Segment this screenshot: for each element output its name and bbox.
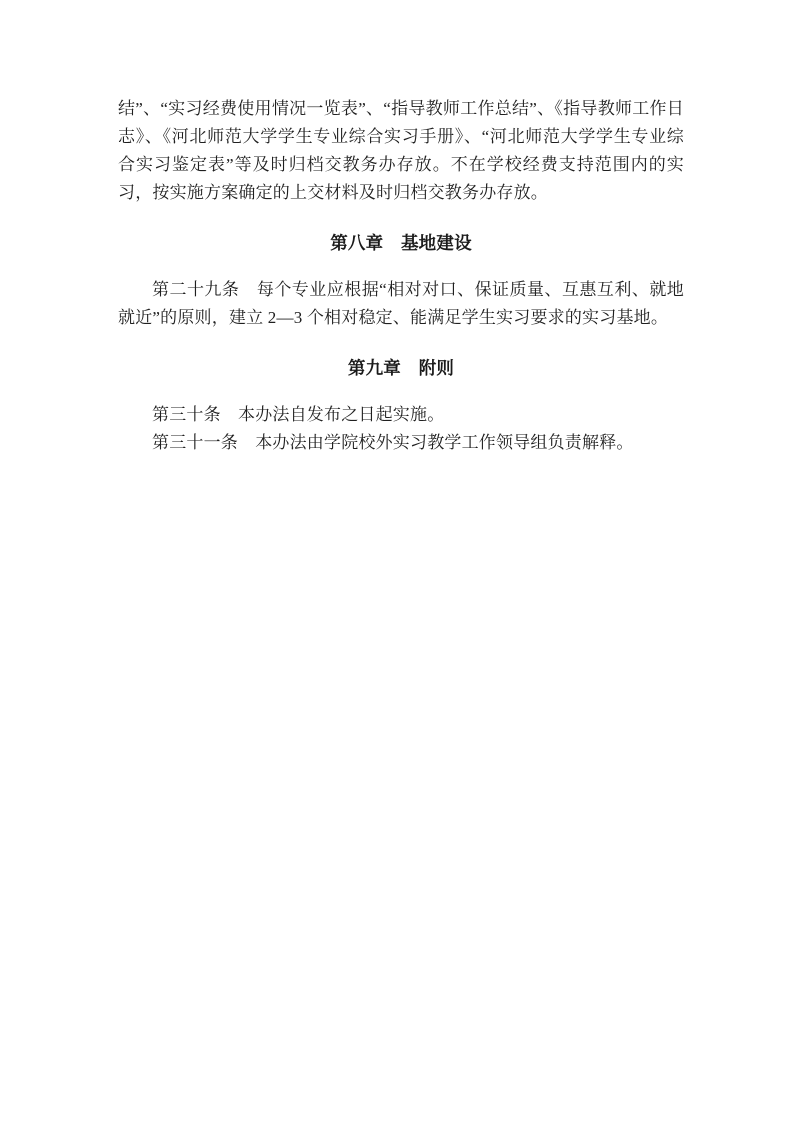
paragraph-article-31: 第三十一条 本办法由学院校外实习教学工作领导组负责解释。 [118, 429, 684, 457]
document-content: 结”、“实习经费使用情况一览表”、“指导教师工作总结”、《指导教师工作日志》、《… [118, 95, 684, 457]
document-page: 结”、“实习经费使用情况一览表”、“指导教师工作总结”、《指导教师工作日志》、《… [0, 0, 800, 1132]
chapter-heading-8: 第八章 基地建设 [118, 229, 684, 257]
paragraph-article-30: 第三十条 本办法自发布之日起实施。 [118, 401, 684, 429]
paragraph-article-29: 第二十九条 每个专业应根据“相对对口、保证质量、互惠互利、就地就近”的原则，建立… [118, 276, 684, 332]
paragraph-continuation: 结”、“实习经费使用情况一览表”、“指导教师工作总结”、《指导教师工作日志》、《… [118, 95, 684, 207]
chapter-heading-9: 第九章 附则 [118, 354, 684, 382]
